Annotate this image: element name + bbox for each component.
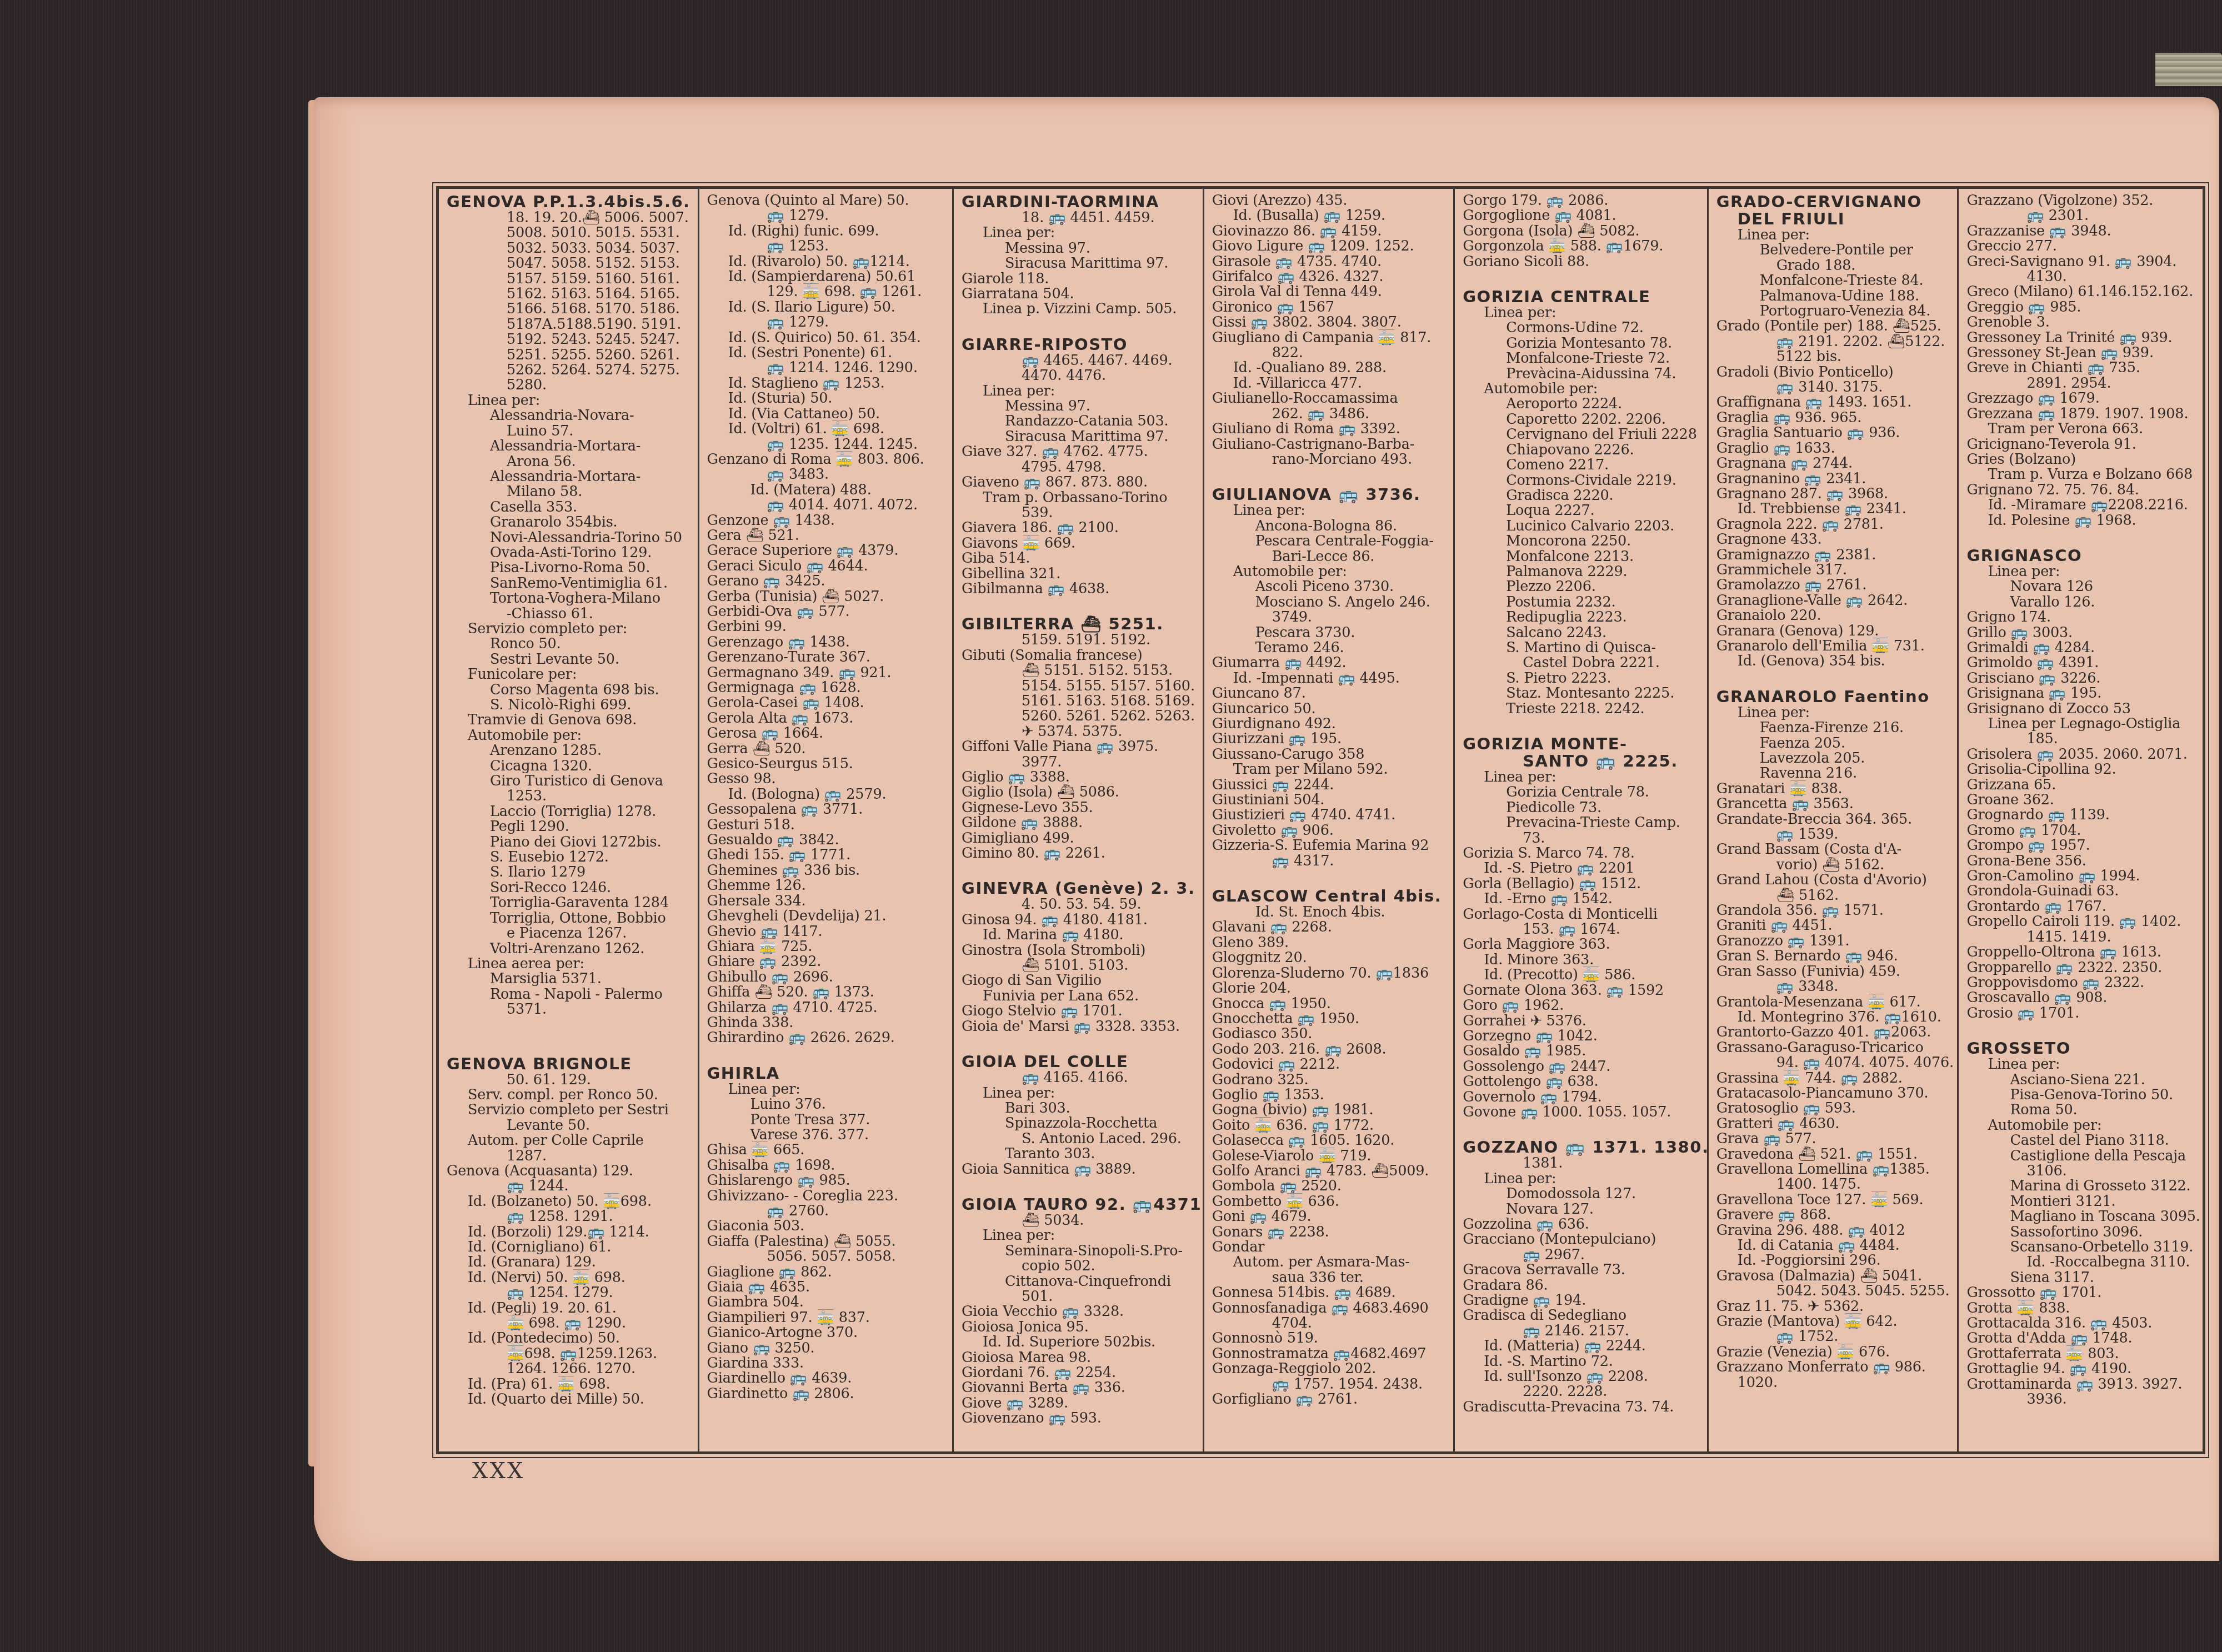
index-entry: Gioiosa Marea 98. (962, 1350, 1198, 1365)
index-entry: Ghiare 🚌 2392. (707, 954, 948, 969)
index-entry: 262. 🚌 3486. (1212, 407, 1449, 422)
index-entry: Gracciano (Montepulciano) (1463, 1232, 1703, 1247)
index-entry: Grottaferrata 🚋 803. (1966, 1346, 2198, 1361)
index-entry: Funicolare per: (447, 667, 693, 682)
index-entry: Palmanova-Udine 188. (1716, 289, 1953, 304)
index-entry: Ancona-Bologna 86. (1212, 519, 1449, 534)
index-entry: Granaiolo 220. (1716, 608, 1953, 623)
index-entry: Grassano-Garaguso-Tricarico (1716, 1040, 1953, 1055)
index-entry: Gragnano 287. 🚌 3968. (1716, 487, 1953, 502)
index-entry: Id. -Impennati 🚌 4495. (1212, 671, 1449, 686)
index-entry: Gropello Cairoli 119. 🚌 1402. (1966, 914, 2198, 929)
index-entry: Girasole 🚌 4735. 4740. (1212, 254, 1449, 269)
index-entry: Goni 🚌 4679. (1212, 1209, 1449, 1224)
section-gap (962, 1034, 1198, 1053)
index-entry: 539. (962, 505, 1198, 520)
index-entry: Grassina 🚋 744. 🚌 2882. (1716, 1071, 1953, 1086)
index-entry: 94. 🚌 4074. 4075. 4076. (1716, 1055, 1953, 1070)
index-entry: Grantorto-Gazzo 401. 🚌2063. (1716, 1025, 1953, 1040)
section-gap (1463, 1120, 1703, 1139)
index-entry: Gnocchetta 🚌 1950. (1212, 1012, 1449, 1027)
index-entry: Randazzo-Catania 503. (962, 414, 1198, 429)
index-entry: Gizzeria-S. Eufemia Marina 92 (1212, 838, 1449, 853)
index-entry: Grillo 🚌 3003. (1966, 625, 2198, 640)
index-entry: Gera ⛴ 521. (707, 528, 948, 543)
section-gap (447, 1018, 693, 1037)
section-gap (1212, 869, 1449, 888)
index-entry: Gerbidi-Ova 🚌 577. (707, 604, 948, 619)
index-entry: Mosciano S. Angelo 246. (1212, 595, 1449, 610)
index-entry: Genzano di Roma 🚋 803. 806. (707, 452, 948, 467)
index-entry: 5032. 5033. 5034. 5037. (447, 241, 693, 256)
index-entry: Castel Dobra 2221. (1463, 655, 1703, 670)
index-entry: 18. 19. 20.⛴ 5006. 5007. (447, 211, 693, 226)
index-entry: Novara 127. (1463, 1202, 1703, 1217)
index-entry: Gottolengo 🚌 638. (1463, 1074, 1703, 1089)
index-entry: 1415. 1419. (1966, 930, 2198, 945)
index-entry: Gorfigliano 🚌 2761. (1212, 1392, 1449, 1407)
index-entry: Milano 58. (447, 484, 693, 499)
index-entry: Grontardo 🚌 1767. (1966, 899, 2198, 914)
index-entry: Granarolo dell'Emilia 🚋 731. (1716, 639, 1953, 654)
station-heading: GRIGNASCO (1966, 547, 2198, 564)
station-heading: GIARDINI-TAORMINA (962, 193, 1198, 211)
index-entry: Aeroporto 2224. (1463, 397, 1703, 412)
index-entry: Postumia 2232. (1463, 595, 1703, 610)
index-entry: Grompo 🚌 1957. (1966, 838, 2198, 853)
index-entry: Gombetto 🚋 636. (1212, 1194, 1449, 1209)
index-entry: Alessandria-Mortara- (447, 439, 693, 454)
index-entry: Staz. Montesanto 2225. (1463, 686, 1703, 701)
index-entry: Id. -Villaricca 477. (1212, 376, 1449, 391)
index-entry: 50. 61. 129. (447, 1073, 693, 1088)
index-entry: Piano dei Giovi 1272bis. (447, 835, 693, 850)
index-entry: 3977. (962, 755, 1198, 770)
index-entry: Gradisca di Sedegliano (1463, 1308, 1703, 1323)
index-entry: Gildone 🚌 3888. (962, 815, 1198, 830)
index-entry: Lucinico Calvario 2203. (1463, 519, 1703, 534)
index-entry: Montieri 3121. (1966, 1194, 2198, 1209)
index-entry: 5260. 5261. 5262. 5263. (962, 709, 1198, 724)
index-entry: Grognardo 🚌 1139. (1966, 808, 2198, 823)
index-entry: Comeno 2217. (1463, 458, 1703, 473)
index-entry: Godovici 🚌 2212. (1212, 1057, 1449, 1072)
index-entry: Ghisalba 🚌 1698. (707, 1158, 948, 1173)
index-entry: Pescara 3730. (1212, 625, 1449, 640)
index-entry: Greggio 🚌 985. (1966, 300, 2198, 315)
index-entry: Gorizia Montesanto 78. (1463, 336, 1703, 351)
index-entry: Monfalcone-Trieste 72. (1463, 351, 1703, 366)
index-entry: Gricignano-Teverola 91. (1966, 437, 2198, 452)
station-heading: SANTO 🚌 2225. (1463, 753, 1703, 770)
index-entry: Id. -Miramare 🚌2208.2216. (1966, 498, 2198, 513)
index-entry: Tram per Verona 663. (1966, 422, 2198, 437)
index-entry: Grignano 72. 75. 76. 84. (1966, 483, 2198, 498)
index-entry: Bari 303. (962, 1101, 1198, 1116)
index-entry: 5042. 5043. 5045. 5255. (1716, 1284, 1953, 1299)
index-entry: Id. -Roccalbegna 3110. (1966, 1255, 2198, 1270)
station-heading: GROSSETO (1966, 1040, 2198, 1057)
index-entry: Id. (Pra) 61. 🚋 698. (447, 1377, 693, 1392)
index-entry: Id. (Sturia) 50. (707, 391, 948, 406)
index-entry: 5159. 5191. 5192. (962, 633, 1198, 648)
index-entry: Voltri-Arenzano 1262. (447, 942, 693, 957)
index-entry: Gonnostramatza 🚌4682.4697 (1212, 1346, 1449, 1361)
index-entry: 🚌 1244. (447, 1179, 693, 1194)
index-entry: Tram p. Vurza e Bolzano 668 (1966, 467, 2198, 482)
index-entry: Ghedi 155. 🚌 1771. (707, 848, 948, 863)
index-entry: Grezzana 🚌 1879. 1907. 1908. (1966, 407, 2198, 422)
index-entry: Glorenza-Sluderno 70. 🚌1836 (1212, 966, 1449, 981)
index-entry: Gorlago-Costa di Monticelli (1463, 907, 1703, 922)
index-entry: Gimino 80. 🚌 2261. (962, 846, 1198, 861)
index-entry: 🚌 1235. 1244. 1245. (707, 437, 948, 452)
index-entry: Gonars 🚌 2238. (1212, 1225, 1449, 1240)
index-entry: Giovo Ligure 🚌 1209. 1252. (1212, 239, 1449, 254)
index-entry: Grossotto 🚌 1701. (1966, 1285, 2198, 1300)
index-entry: Giampilieri 97. 🚋 837. (707, 1310, 948, 1325)
index-entry: Grona-Bene 356. (1966, 854, 2198, 869)
index-entry: 1381. (1463, 1156, 1703, 1171)
index-entry: Id. (Bologna) 🚌 2579. (707, 787, 948, 802)
index-entry: 🚋698. 🚌1259.1263. (447, 1346, 693, 1361)
index-entry: S. Martino di Quisca- (1463, 640, 1703, 655)
index-entry: Id. Polesine 🚌 1968. (1966, 513, 2198, 528)
index-entry: Gorrahei ✈ 5376. (1463, 1014, 1703, 1029)
index-entry: Moncorona 2250. (1463, 534, 1703, 549)
index-entry: Pisa-Livorno-Roma 50. (447, 560, 693, 575)
index-entry: Giovinazzo 86. 🚌 4159. (1212, 224, 1449, 239)
station-heading: GENOVA P.P.1.3.4bis.5.6. (447, 193, 693, 211)
index-entry: Serv. compl. per Ronco 50. (447, 1088, 693, 1103)
index-entry: Gerra ⛴ 520. (707, 742, 948, 757)
index-entry: Id. St. Enoch 4bis. (1212, 905, 1449, 920)
index-entry: Linea per: (707, 1082, 948, 1097)
index-entry: Id. (Cornigliano) 61. (447, 1240, 693, 1255)
index-entry: Linea per: (1463, 306, 1703, 321)
index-entry: Groscavallo 🚌 908. (1966, 990, 2198, 1005)
index-entry: Grazzanise 🚌 3948. (1966, 224, 2198, 239)
station-heading: GENOVA BRIGNOLE (447, 1055, 693, 1073)
index-entry: Giardinetto 🚌 2806. (707, 1386, 948, 1401)
index-entry: Gonzaga-Reggiolo 202. (1212, 1361, 1449, 1376)
index-entry: Giumarra 🚌 4492. (1212, 655, 1449, 670)
index-entry: Gimigliano 499. (962, 831, 1198, 846)
index-entry: Novi-Alessandria-Torino 50 (447, 530, 693, 545)
index-entry: Grotta 🚋 838. (1966, 1301, 2198, 1316)
index-entry: Gravellona Toce 127. 🚋 569. (1716, 1193, 1953, 1208)
index-entry: Grado (Pontile per) 188. ⛴525. (1716, 319, 1953, 334)
index-entry: Giarole 118. (962, 272, 1198, 287)
index-entry: 5262. 5264. 5274. 5275. (447, 363, 693, 378)
index-entry: Gradisca 2220. (1463, 488, 1703, 503)
index-entry: Gibuti (Somalia francese) (962, 648, 1198, 663)
index-entry: Ascoli Piceno 3730. (1212, 579, 1449, 594)
index-entry: Scansano-Orbetello 3119. (1966, 1240, 2198, 1255)
index-entry: Gerano 🚌 3425. (707, 574, 948, 589)
index-entry: Grazie (Venezia) 🚋 676. (1716, 1345, 1953, 1360)
index-entry: Gorgonzola 🚋 588. 🚌1679. (1463, 239, 1703, 254)
index-entry: Ovada-Asti-Torino 129. (447, 545, 693, 560)
index-entry: 2891. 2954. (1966, 376, 2198, 391)
index-entry: 5162. 5163. 5164. 5165. (447, 287, 693, 302)
index-entry: Goriano Sicoli 88. (1463, 254, 1703, 269)
index-entry: Gironico 🚌 1567 (1212, 300, 1449, 315)
index-entry: Greci-Savignano 91. 🚌 3904. (1966, 254, 2198, 269)
index-entry: Id. -S. Martino 72. (1463, 1354, 1703, 1369)
section-gap (1463, 269, 1703, 288)
index-entry: Linea per: (1716, 228, 1953, 243)
index-entry: Germignaga 🚌 1628. (707, 680, 948, 695)
index-entry: 5192. 5243. 5245. 5247. (447, 332, 693, 347)
index-entry: 🚋 698. 🚌 1290. (447, 1316, 693, 1331)
index-entry: Id. (Righi) funic. 699. (707, 224, 948, 239)
index-entry: Salcano 2243. (1463, 625, 1703, 640)
index-entry: Giro Turistico di Genova (447, 774, 693, 789)
index-entry: Id. (Matera) 488. (707, 483, 948, 498)
index-entry: Id. -Poggiorsini 296. (1716, 1253, 1953, 1268)
index-table-frame: GENOVA P.P.1.3.4bis.5.6.18. 19. 20.⛴ 500… (436, 186, 2205, 1454)
index-entry: Gorla (Bellagio) 🚌 1512. (1463, 877, 1703, 892)
index-entry: Linea per: (447, 393, 693, 408)
index-entry: Gorla Maggiore 363. (1463, 937, 1703, 952)
index-entry: Piedicolle 73. (1463, 800, 1703, 815)
station-heading: GRADO-CERVIGNANO (1716, 193, 1953, 211)
index-entry: 5251. 5255. 5260. 5261. (447, 348, 693, 363)
index-entry: Goito 🚋 636. 🚌 1772. (1212, 1118, 1449, 1133)
index-entry: Id. (Voltri) 61. 🚋 698. (707, 422, 948, 437)
index-entry: Id. (Pegli) 19. 20. 61. (447, 1301, 693, 1316)
index-entry: 🚌 1253. (707, 239, 948, 254)
index-entry: copio 502. (962, 1259, 1198, 1274)
index-entry: Granara (Genova) 129. (1716, 624, 1953, 639)
index-entry: Gonnosfanadiga 🚌 4683.4690 (1212, 1301, 1449, 1316)
index-entry: Corso Magenta 698 bis. (447, 683, 693, 698)
index-entry: Spinazzola-Rocchetta (962, 1116, 1198, 1131)
index-entry: Lavezzola 205. (1716, 751, 1953, 766)
index-entry: Arona 56. (447, 454, 693, 469)
index-entry: Id. Trebbiense 🚌 2341. (1716, 502, 1953, 517)
index-entry: Ghirardino 🚌 2626. 2629. (707, 1030, 948, 1045)
index-entry: Faenza-Firenze 216. (1716, 720, 1953, 735)
index-entry: Gesualdo 🚌 3842. (707, 833, 948, 848)
index-entry: Giogo Stelvio 🚌 1701. (962, 1004, 1198, 1019)
index-entry: Siracusa Marittima 97. (962, 256, 1198, 271)
index-entry: Belvedere-Pontile per (1716, 243, 1953, 258)
index-entry: Ghevio 🚌 1417. (707, 924, 948, 939)
index-entry: Gibilmanna 🚌 4638. (962, 582, 1198, 597)
index-entry: vorio) ⛴ 5162. (1716, 858, 1953, 873)
index-entry: 18. 🚌 4451. 4459. (962, 211, 1198, 226)
index-entry: Prevacina-Trieste Camp. (1463, 815, 1703, 830)
index-entry: Gianico-Artogne 370. (707, 1325, 948, 1340)
index-entry: Grenoble 3. (1966, 315, 2198, 330)
index-entry: 5008. 5010. 5015. 5531. (447, 226, 693, 241)
index-entry: 5166. 5168. 5170. 5186. (447, 302, 693, 317)
index-entry: Graglio 🚌 1633. (1716, 441, 1953, 456)
index-entry: Id. -S. Pietro 🚌 2201 (1463, 861, 1703, 876)
index-entry: Governolo 🚌 1794. (1463, 1090, 1703, 1105)
index-entry: 1264. 1266. 1270. (447, 1361, 693, 1376)
index-entry: Ghemme 126. (707, 878, 948, 893)
index-entry: Monfalcone-Trieste 84. (1716, 273, 1953, 288)
index-entry: Gioia de' Marsi 🚌 3328. 3353. (962, 1019, 1198, 1034)
index-entry: Gloggnitz 20. (1212, 950, 1449, 965)
index-entry: Linea per: (962, 226, 1198, 241)
station-heading: GIULIANOVA 🚌 3736. (1212, 486, 1449, 503)
index-entry: ⛴ 5151. 5152. 5153. (962, 663, 1198, 678)
index-entry: saua 336 ter. (1212, 1270, 1449, 1285)
index-entry: 5161. 5163. 5168. 5169. (962, 694, 1198, 709)
index-entry: Gravere 🚌 868. (1716, 1208, 1953, 1223)
index-entry: Gesso 98. (707, 772, 948, 787)
index-entry: Id. (Sampierdarena) 50.61 (707, 269, 948, 284)
index-entry: Giogo di San Vigilio (962, 973, 1198, 988)
index-entry: Gragnone 433. (1716, 532, 1953, 547)
index-entry: Giardina 333. (707, 1356, 948, 1371)
index-entry: Sassofortino 3096. (1966, 1225, 2198, 1240)
index-column-7: Grazzano (Vigolzone) 352.🚌 2301.Grazzani… (1959, 189, 2203, 1451)
index-entry: Grigno 174. (1966, 610, 2198, 625)
index-column-6: GRADO-CERVIGNANODEL FRIULILinea per:Belv… (1709, 189, 1959, 1451)
index-entry: Linea per: (1966, 564, 2198, 579)
index-entry: Giussici 🚌 2244. (1212, 778, 1449, 793)
section-gap (1966, 1021, 2198, 1040)
index-column-4: Giovi (Arezzo) 435.Id. (Busalla) 🚌 1259.… (1204, 189, 1455, 1451)
index-entry: Gondar (1212, 1240, 1449, 1255)
index-entry: 🚌 1254. 1279. (447, 1285, 693, 1300)
index-entry: Ghemines 🚌 336 bis. (707, 863, 948, 878)
index-entry: Siena 3117. (1966, 1270, 2198, 1285)
index-entry: Graffignana 🚌 1493. 1651. (1716, 395, 1953, 410)
index-entry: Gravosa (Dalmazia) ⛴ 5041. (1716, 1269, 1953, 1284)
index-entry: Greve in Chianti 🚌 735. (1966, 361, 2198, 376)
index-entry: Giustiniani 504. (1212, 793, 1449, 808)
book-page-edges (2155, 53, 2222, 86)
index-entry: Gramolazzo 🚌 2761. (1716, 578, 1953, 593)
station-heading: GLASCOW Central 4bis. (1212, 888, 1449, 905)
index-entry: Giba 514. (962, 551, 1198, 566)
index-entry: Geraci Siculo 🚌 4644. (707, 559, 948, 574)
index-entry: Id. sull'Isonzo 🚌 2208. (1463, 1369, 1703, 1384)
index-entry: Graniti 🚌 4451. (1716, 918, 1953, 933)
station-heading: GIBILTERRA ⛴ 5251. (962, 615, 1198, 633)
index-entry: 4470. 4476. (962, 368, 1198, 383)
index-entry: Gesico-Seurgus 515. (707, 757, 948, 772)
section-gap (1716, 669, 1953, 688)
index-entry: Ghilarza 🚌 4710. 4725. (707, 1000, 948, 1015)
index-entry: Gradara 86. (1463, 1278, 1703, 1293)
index-entry: 4795. 4798. (962, 460, 1198, 475)
index-entry: Gromo 🚌 1704. (1966, 823, 2198, 838)
index-entry: Servizio completo per Sestri (447, 1103, 693, 1118)
index-entry: Grisignano di Zocco 53 (1966, 702, 2198, 717)
index-entry: Gropparello 🚌 2322. 2350. (1966, 960, 2198, 975)
index-entry: 5157. 5159. 5160. 5161. (447, 272, 693, 287)
index-entry: Glavani 🚌 2268. (1212, 920, 1449, 935)
index-entry: Grand Lahou (Costa d'Avorio) (1716, 873, 1953, 888)
index-entry: Automobile per: (1966, 1118, 2198, 1133)
index-entry: Gesturi 518. (707, 818, 948, 833)
index-entry: 4704. (1212, 1316, 1449, 1331)
index-entry: 501. (962, 1289, 1198, 1304)
index-entry: Ghislarengo 🚌 985. (707, 1173, 948, 1188)
section-gap (447, 1037, 693, 1055)
index-entry: Ravenna 216. (1716, 766, 1953, 781)
index-entry: 🚌 2146. 2157. (1463, 1324, 1703, 1339)
index-entry: Cicagna 1320. (447, 759, 693, 774)
section-gap (1463, 717, 1703, 735)
index-entry: S. Nicolò-Righi 699. (447, 698, 693, 713)
index-entry: Graz 11. 75. ✈ 5362. (1716, 1299, 1953, 1314)
index-entry: Cormons-Cividale 2219. (1463, 473, 1703, 488)
index-entry: Grondola-Guinadi 63. (1966, 884, 2198, 899)
index-entry: Giavera 186. 🚌 2100. (962, 520, 1198, 535)
index-entry: Id. (Borzoli) 129.🚌 1214. (447, 1225, 693, 1240)
index-entry: Id. Id. Superiore 502bis. (962, 1335, 1198, 1350)
index-column-5: Gorgo 179. 🚌 2086.Gorgoglione 🚌 4081.Gor… (1455, 189, 1709, 1451)
index-entry: 5122 bis. (1716, 349, 1953, 364)
index-entry: Linea per: (1463, 1172, 1703, 1187)
index-entry: Ghinda 338. (707, 1015, 948, 1030)
index-entry: Automobile per: (447, 728, 693, 743)
index-entry: S. Eusebio 1272. (447, 850, 693, 865)
index-entry: Arenzano 1285. (447, 743, 693, 758)
index-entry: Gonnosnò 519. (1212, 1331, 1449, 1346)
index-entry: 5187A.5188.5190. 5191. (447, 317, 693, 332)
index-entry: 129. 🚋 698. 🚌 1261. (707, 284, 948, 299)
index-entry: Grottacalda 316. 🚌 4503. (1966, 1316, 2198, 1331)
index-entry: Magliano in Toscana 3095. (1966, 1209, 2198, 1224)
index-entry: Grancetta 🚌 3563. (1716, 797, 1953, 812)
index-entry: 5280. (447, 378, 693, 393)
index-entry: Gragnola 222. 🚌 2781. (1716, 517, 1953, 532)
index-entry: Gradiscutta-Prevacina 73. 74. (1463, 1400, 1703, 1415)
index-entry: Granaglione-Valle 🚌 2642. (1716, 593, 1953, 608)
index-entry: Plezzo 2206. (1463, 579, 1703, 594)
index-entry: Id. (Rivarolo) 50. 🚌1214. (707, 254, 948, 269)
index-entry: Linea per: (962, 384, 1198, 399)
index-entry: Grimaldi 🚌 4284. (1966, 640, 2198, 655)
index-entry: Roma 50. (1966, 1103, 2198, 1118)
index-entry: Gerba (Tunisia) ⛴ 5027. (707, 589, 948, 604)
index-entry: 73. (1463, 831, 1703, 846)
index-entry: Sori-Recco 1246. (447, 880, 693, 895)
index-entry: 🚌 2301. (1966, 208, 2198, 223)
index-entry: Pescara Centrale-Foggia- (1212, 534, 1449, 549)
index-entry: Giaia 🚌 4635. (707, 1280, 948, 1295)
index-entry: Gombola 🚌 2520. (1212, 1179, 1449, 1194)
index-entry: ✈ 5374. 5375. (962, 724, 1198, 739)
index-entry: Godo 203. 216. 🚌 2608. (1212, 1042, 1449, 1057)
index-entry: Luino 57. (447, 424, 693, 439)
index-entry: Grazzano (Vigolzone) 352. (1966, 193, 2198, 208)
index-entry: Id. (Precotto) 🚋 586. (1463, 968, 1703, 983)
index-entry: Giaconia 503. (707, 1219, 948, 1234)
index-entry: Cittanova-Cinquefrondi (962, 1274, 1198, 1289)
index-entry: Grand Bassam (Costa d'A- (1716, 842, 1953, 857)
index-entry: Grisciano 🚌 3226. (1966, 671, 2198, 686)
index-entry: -Chiasso 61. (447, 607, 693, 622)
index-entry: 5371. (447, 1002, 693, 1017)
index-entry: Siracusa Marittima 97. (962, 429, 1198, 444)
index-entry: Gignese-Levo 355. (962, 800, 1198, 815)
index-entry: Gioia Sannitica 🚌 3889. (962, 1162, 1198, 1177)
index-entry: 🚌 3483. (707, 467, 948, 482)
index-entry: Ronco 50. (447, 637, 693, 652)
index-entry: Gron-Camolino 🚌 1994. (1966, 869, 2198, 884)
index-entry: 🚌 4165. 4166. (962, 1070, 1198, 1085)
